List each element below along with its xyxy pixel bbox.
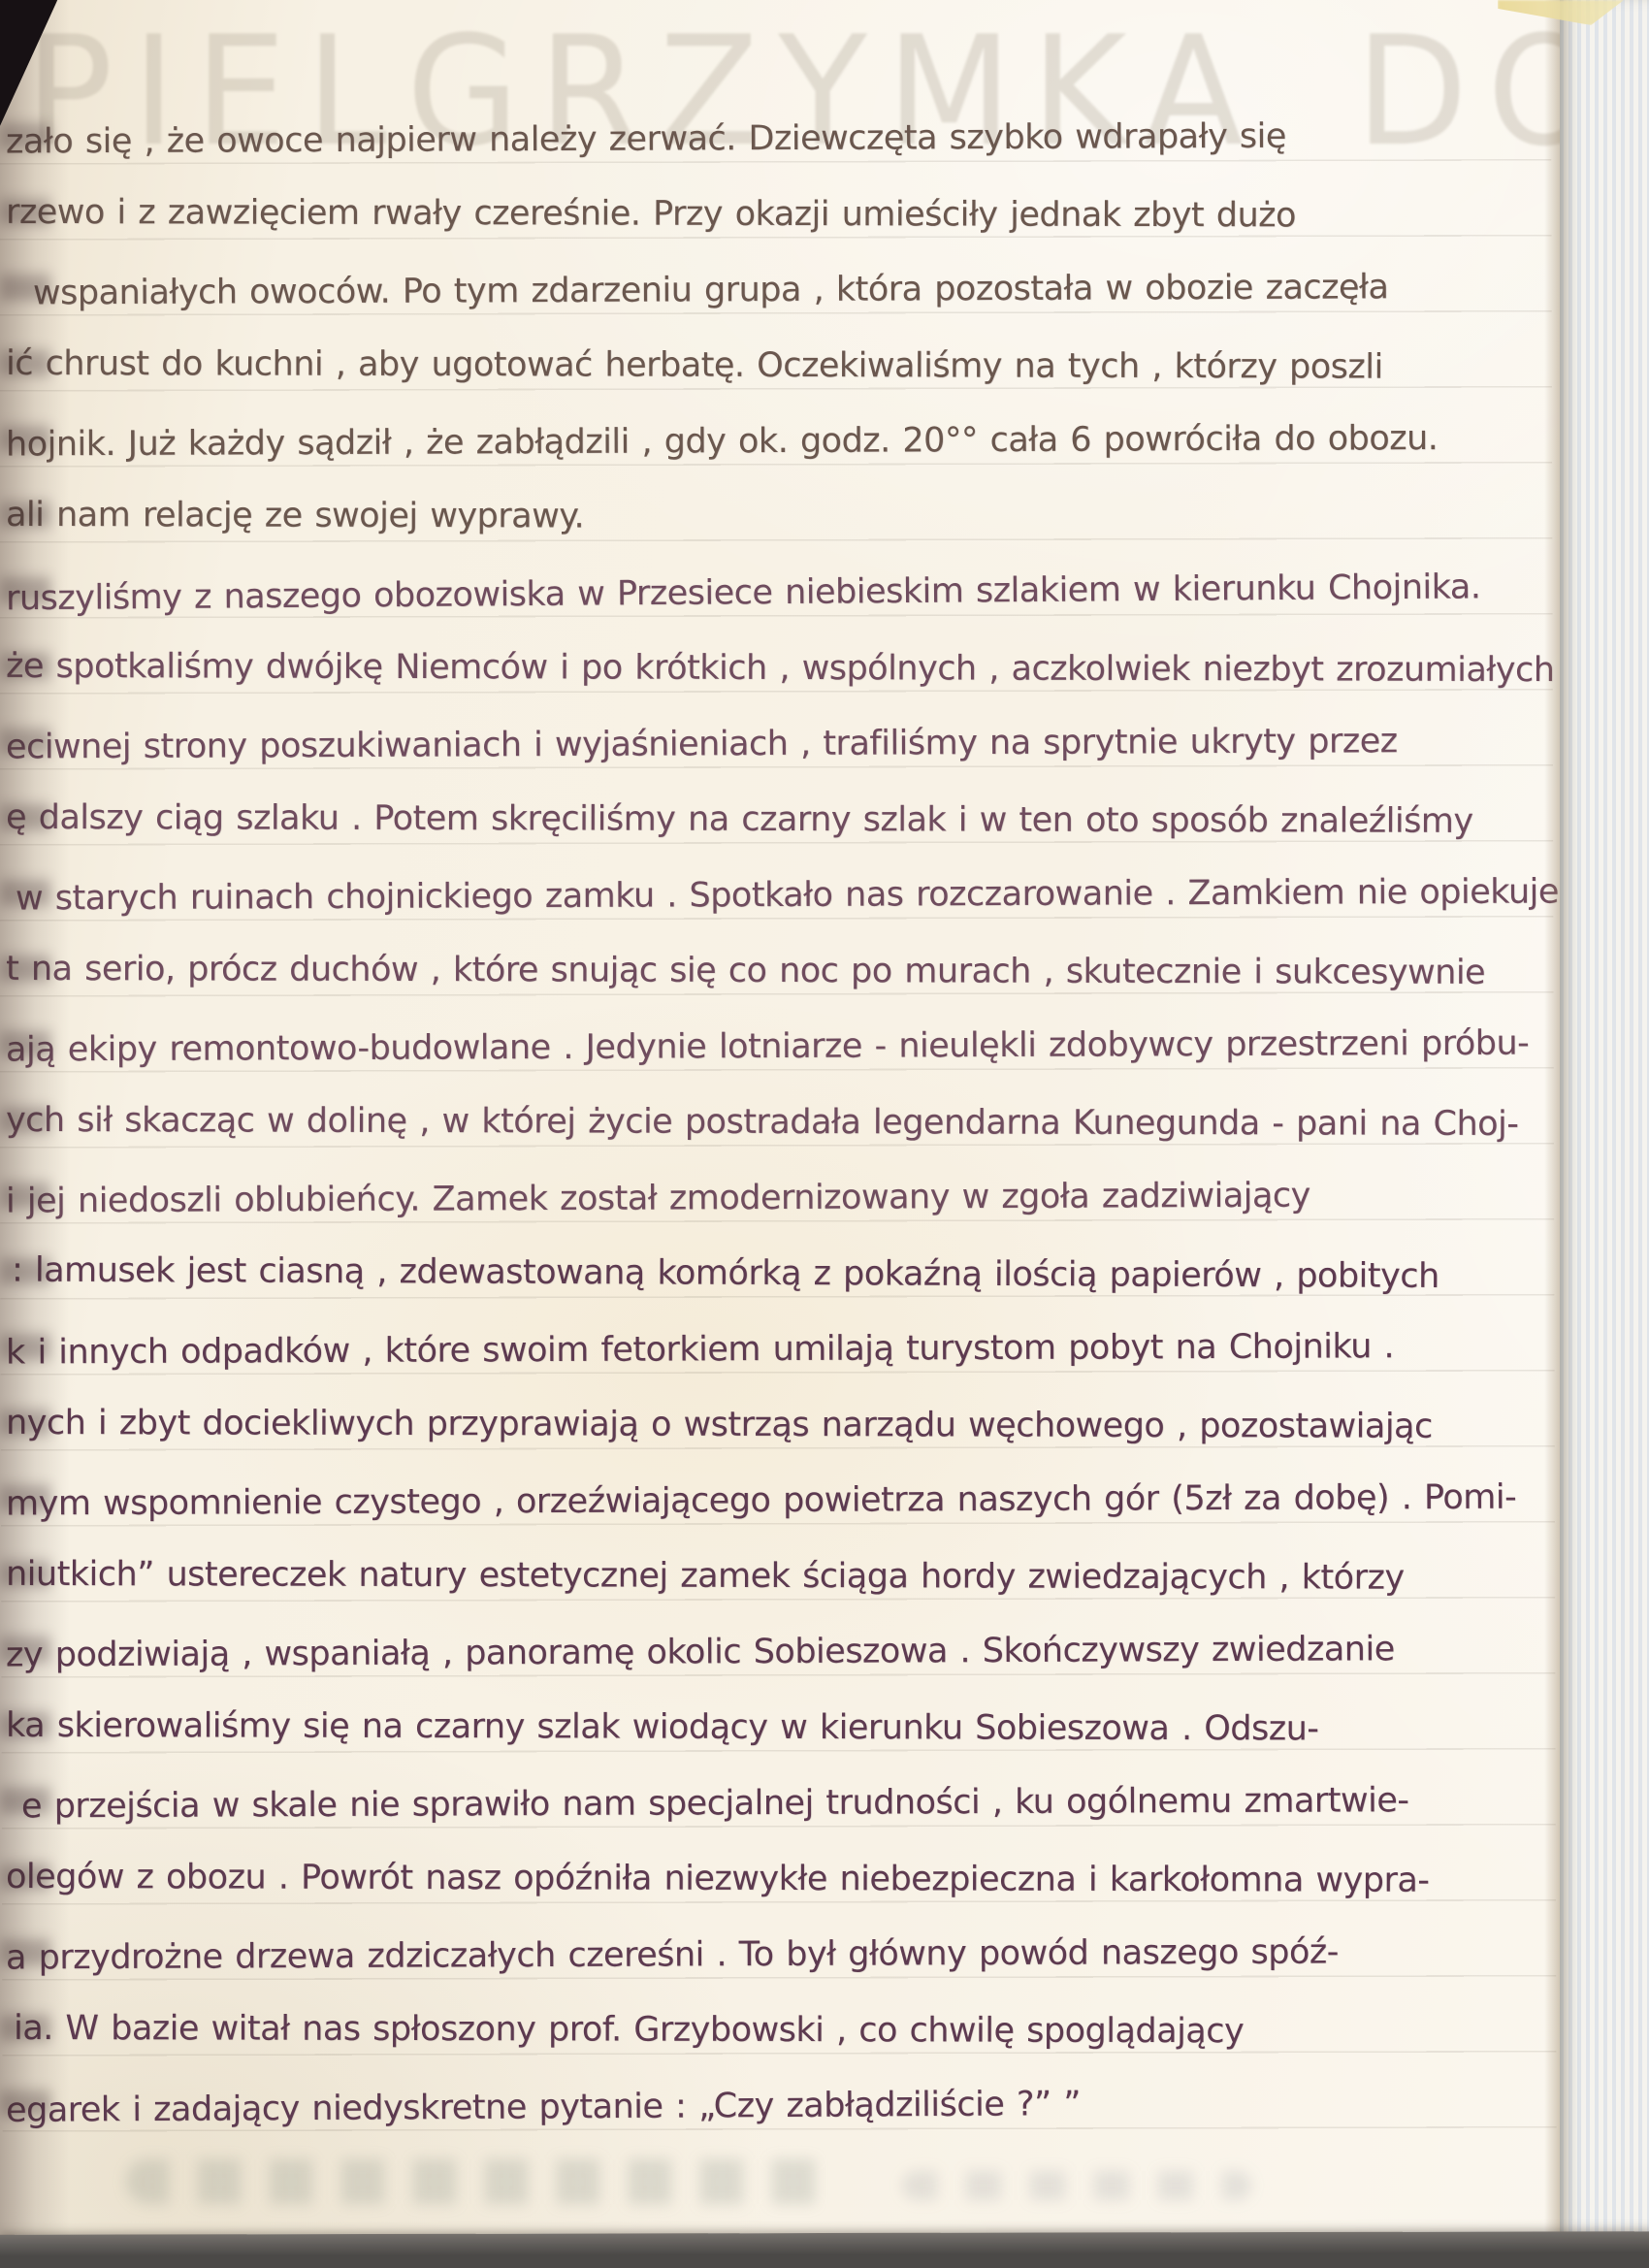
bleed-through-smudge	[126, 2159, 844, 2204]
text-line: ruszyliśmy z naszego obozowiska w Przesi…	[6, 549, 1555, 637]
text-line: ają ekipy remontowo-budowlane . Jedynie …	[6, 1006, 1554, 1088]
text-line: egarek i zadający niedyskretne pytanie :…	[6, 2063, 1554, 2149]
text-line: : lamusek jest ciasną , zdewastowaną kom…	[6, 1233, 1554, 1315]
text-line: e przejścia w skale nie sprawiło nam spe…	[6, 1763, 1554, 1845]
text-line: ych sił skacząc w dolinę , w której życi…	[6, 1083, 1554, 1162]
text-line: mym wspomnienie czystego , orzeźwiająceg…	[6, 1460, 1554, 1542]
text-line: ę dalszy ciąg szlaku . Potem skręciliśmy…	[6, 780, 1554, 859]
text-line: a przydrożne drzewa zdziczałych czereśni…	[6, 1914, 1554, 1996]
text-line: k i innych odpadków , które swoim fetork…	[6, 1309, 1554, 1391]
text-line: nych i zbyt dociekliwych przyprawiają o …	[6, 1385, 1554, 1465]
text-line: niutkich” ustereczek natury estetycznej …	[6, 1537, 1554, 1616]
text-line: zało się , że owoce najpierw należy zerw…	[6, 98, 1554, 180]
text-line: hojnik. Już każdy sądził , że zabłądzili…	[6, 401, 1554, 483]
text-line: ali nam relację ze swojej wyprawy.	[6, 477, 1554, 557]
text-line: ka skierowaliśmy się na czarny szlak wio…	[6, 1688, 1554, 1767]
text-line: ia. W bazie witał nas spłoszony prof. Gr…	[6, 1991, 1554, 2070]
manuscript-text: zało się , że owoce najpierw należy zerw…	[6, 101, 1554, 2144]
scanner-bottom-band	[0, 2231, 1649, 2268]
scanned-document-page: PIELGRZYMKADO zało się , że owoce najpie…	[0, 0, 1649, 2268]
text-line: wspaniałych owoców. Po tym zdarzeniu gru…	[6, 249, 1554, 332]
text-line: eciwnej strony poszukiwaniach i wyjaśnie…	[6, 703, 1554, 786]
text-line: t na serio, prócz duchów , które snując …	[6, 931, 1554, 1011]
text-line: że spotkaliśmy dwójkę Niemców i po krótk…	[6, 629, 1554, 708]
bleed-through-smudge	[902, 2171, 1251, 2200]
text-line: zy podziwiają , wspaniałą , panoramę oko…	[6, 1611, 1554, 1694]
text-line: i jej niedoszli oblubieńcy. Zamek został…	[6, 1157, 1554, 1240]
binding-fabric-edge	[1560, 0, 1649, 2268]
text-line: rzewo i z zawzięciem rwały czereśnie. Pr…	[6, 175, 1554, 254]
page-edge-shadow	[1544, 0, 1560, 2268]
text-line: w starych ruinach chojnickiego zamku . S…	[6, 855, 1554, 937]
text-line: ić chrust do kuchni , aby ugotować herba…	[6, 326, 1554, 405]
text-line: olegów z obozu . Powrót nasz opóźniła ni…	[6, 1839, 1554, 1919]
